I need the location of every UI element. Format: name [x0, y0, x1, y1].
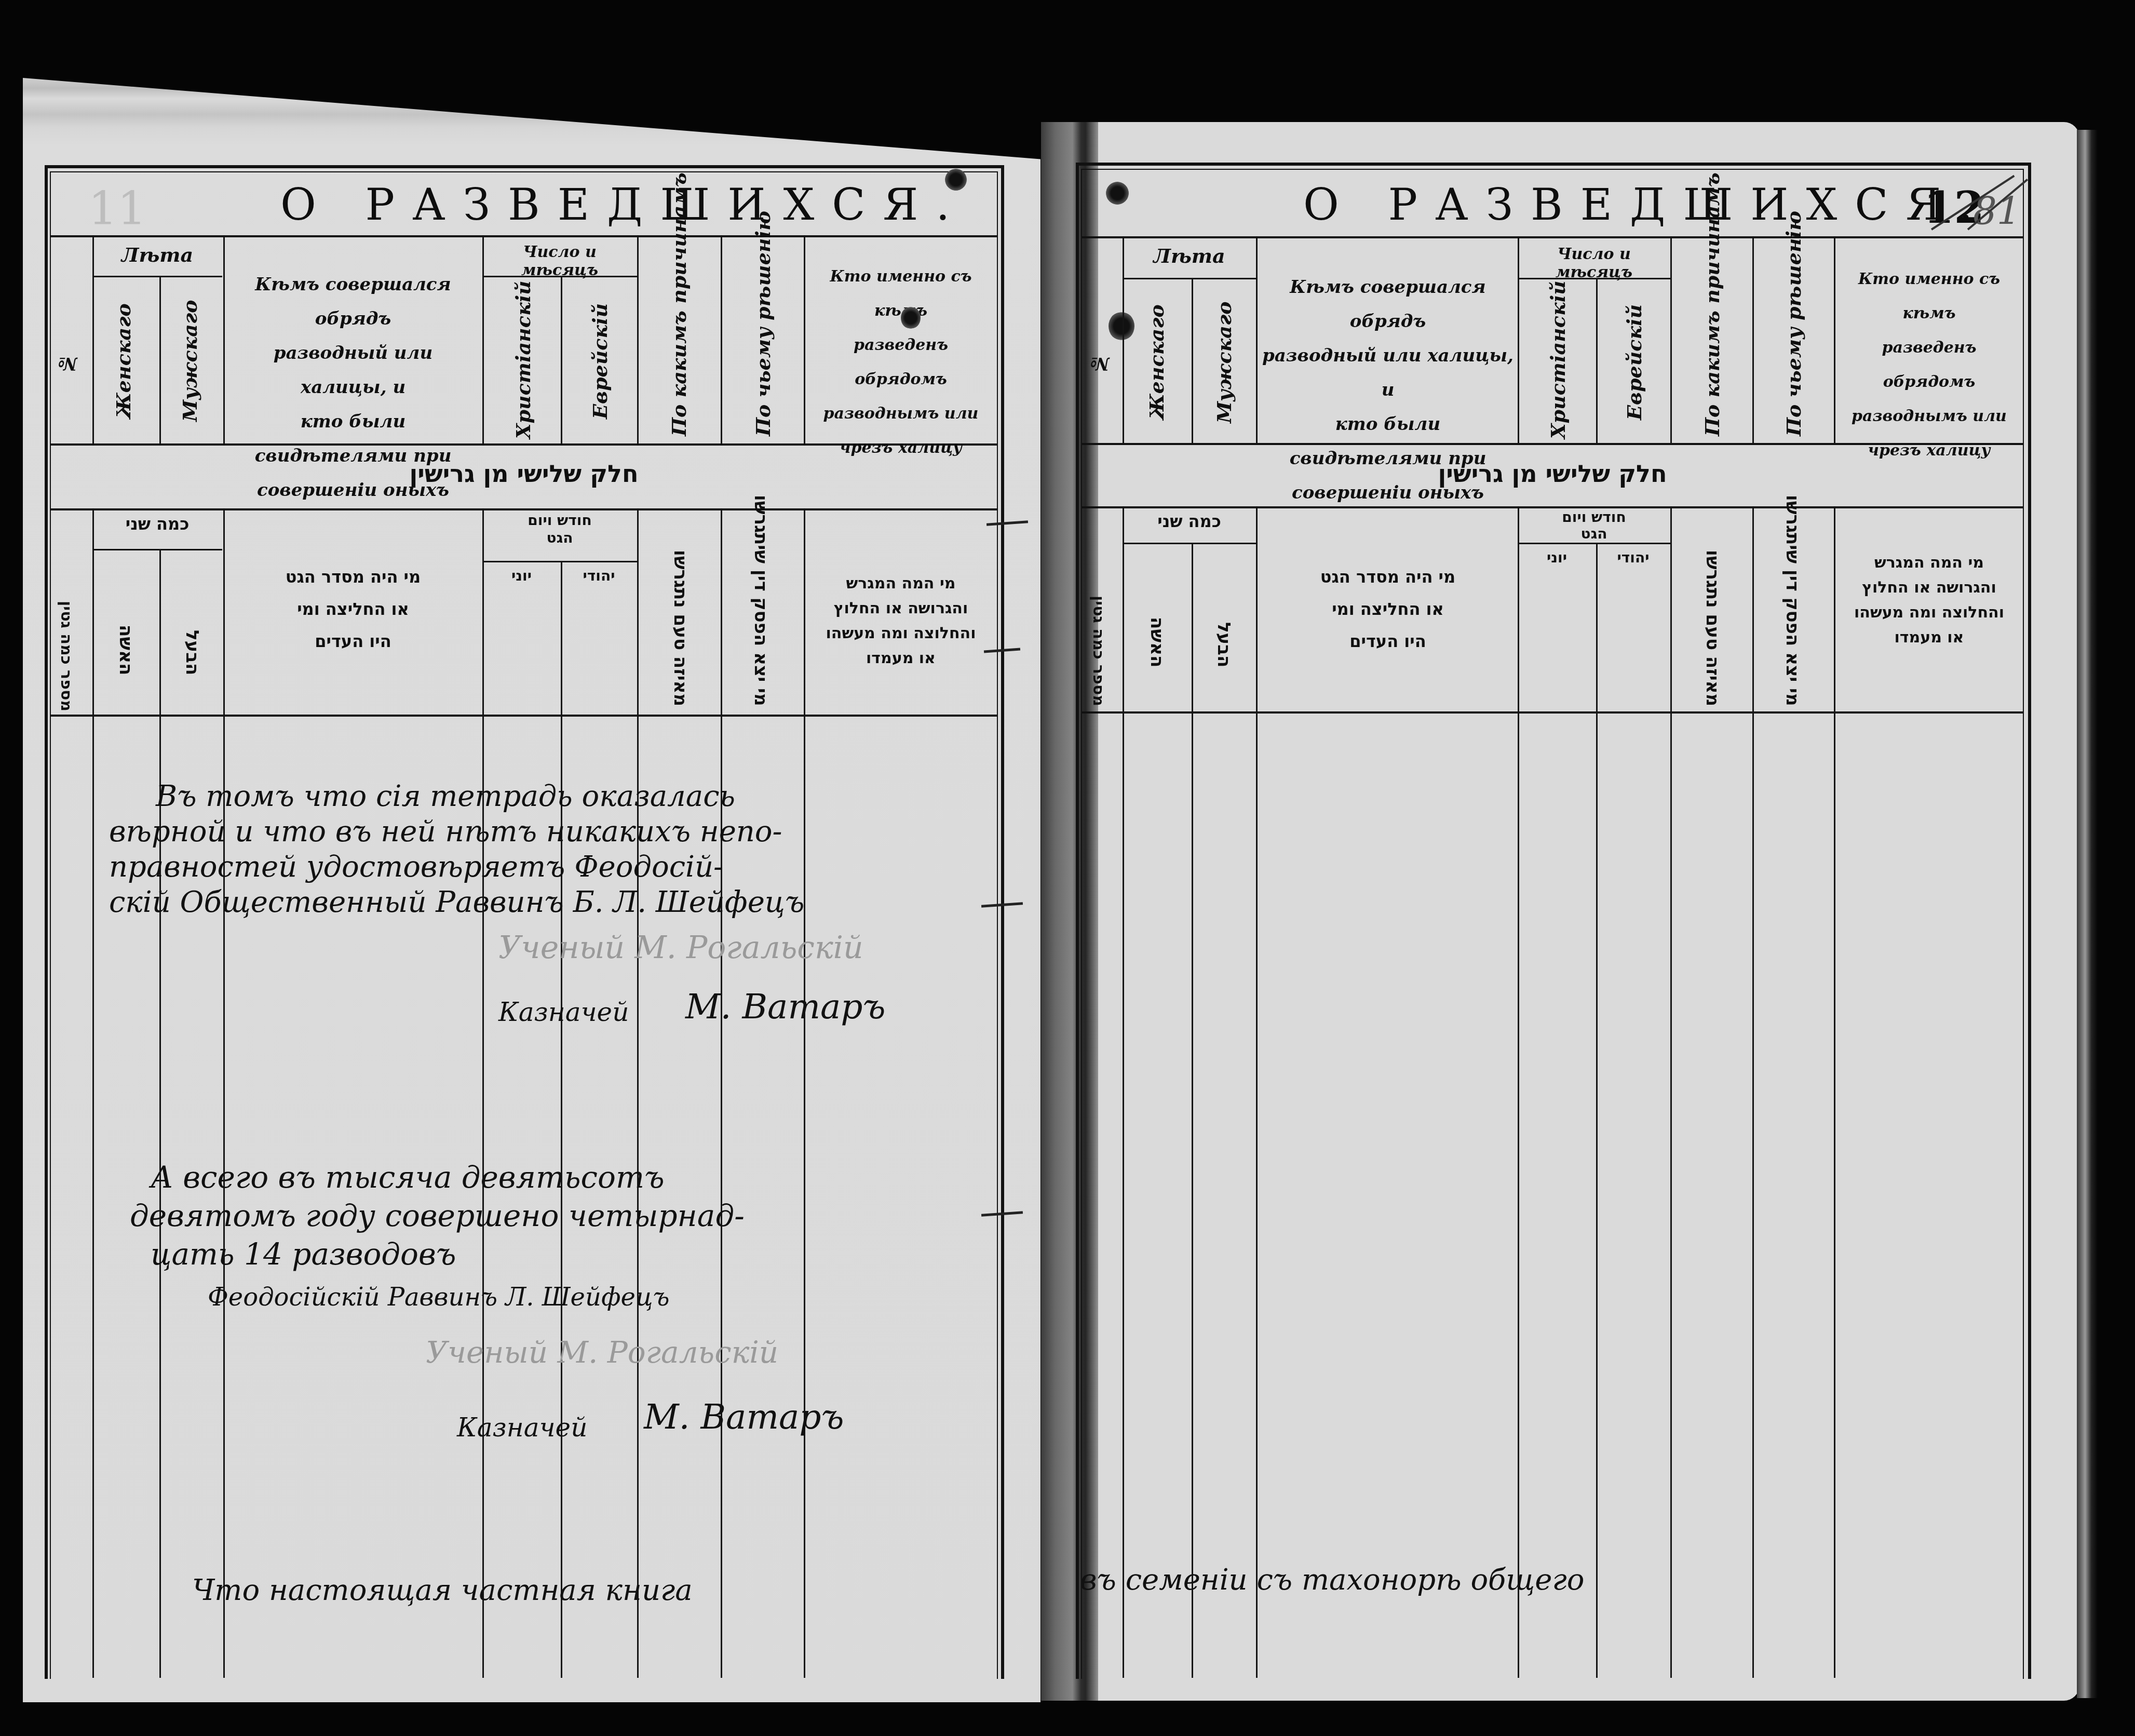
right-col-line	[1192, 278, 1193, 444]
right-heb-date-jewish: יהודי	[1596, 549, 1670, 566]
right-title-rule	[1081, 236, 2024, 238]
right-col-line	[1192, 543, 1193, 1678]
right-heb-age-male: הבעל	[1213, 563, 1234, 667]
right-col-line	[1752, 237, 1754, 444]
left-header-number: №	[57, 291, 78, 436]
left-signature-uchenyi: Ученый М. Рогальскій	[498, 930, 863, 966]
right-heb-officiant: מי היה מסדר הגט או החליצה ומי היו העדים	[1261, 561, 1515, 657]
left-heb-number: מספר כמה גטין	[57, 561, 75, 711]
left-heb-date-rule	[482, 561, 637, 562]
left-title-rule	[50, 235, 998, 237]
left-heb-date-christian: יוני	[482, 567, 561, 584]
right-col-line	[1123, 237, 1124, 444]
left-heb-decision: מי יצא הפסק דין שיתגרשו	[750, 535, 771, 706]
right-age-group-rule	[1123, 278, 1256, 279]
left-page-title: О РАЗВЕДШИХСЯ.	[280, 179, 967, 230]
left-header-who: Кто именно съ кѣмъ разведенъ обрядомъ ра…	[807, 260, 994, 465]
left-col-line	[804, 236, 805, 444]
right-heb-number: מספר כמה גטין	[1089, 550, 1107, 706]
left-heb-date-group: חודש ויום הגט	[482, 512, 637, 547]
binding-hole	[1106, 182, 1129, 205]
left-signature-kaznachei-label-2: Казначей	[457, 1412, 587, 1443]
right-col-line	[1834, 507, 1835, 1678]
right-col-line	[1596, 543, 1598, 1678]
left-heb-age-rule	[92, 549, 222, 550]
left-heb-age-male: הבעל	[182, 571, 202, 675]
binding-hole	[1109, 312, 1134, 341]
right-heb-band-rule	[1081, 506, 2024, 508]
right-heb-date-group: חודש ויום הגט	[1518, 509, 1670, 542]
book-edge	[2077, 130, 2098, 1698]
right-col-line	[1518, 507, 1519, 1678]
left-header-age-female: Женскаго	[112, 283, 135, 439]
right-col-line	[1596, 278, 1598, 444]
right-page-title: О РАЗВЕДШИХСЯ.	[1303, 179, 1990, 230]
right-header-number: №	[1089, 291, 1110, 436]
right-header-age-male: Мужскаго	[1212, 286, 1236, 439]
right-header-date-jewish: Еврейскій	[1623, 286, 1646, 439]
left-ghost-page-number: 11	[88, 182, 146, 235]
left-signature-kaznachei-2: М. Ватаръ	[644, 1397, 844, 1437]
right-footer-text: въ семеніи съ тахонорѣ общего	[1080, 1563, 1585, 1597]
right-header-who: Кто именно съ кѣмъ разведенъ обрядомъ ра…	[1837, 262, 2021, 468]
left-footer-text: Что настоящая частная книга	[192, 1573, 693, 1607]
left-col-line	[721, 509, 722, 1678]
left-signature-kaznachei-label: Казначей	[498, 997, 629, 1027]
right-header-date-group: Число и мѣсяцъ	[1518, 245, 1670, 281]
left-section-hebrew: חלק שלישי מן גרישין	[50, 460, 998, 488]
right-header-age-group: Лѣта	[1123, 244, 1256, 267]
right-col-line	[1752, 507, 1754, 1678]
right-header-reasons: По какимъ причинамъ	[1700, 244, 1724, 436]
right-header-date-christian: Христіанскій	[1546, 286, 1570, 439]
right-col-line	[1123, 507, 1124, 1678]
left-heb-band-rule	[50, 508, 998, 510]
right-col-line	[1834, 237, 1835, 444]
left-col-line	[561, 561, 562, 1678]
left-col-line	[159, 549, 161, 1678]
left-col-line	[92, 236, 94, 444]
left-header-date-christian: Христіанскій	[511, 283, 535, 439]
left-header-age-group: Лѣта	[92, 243, 222, 266]
left-col-line	[92, 509, 94, 1678]
right-heb-age-female: האשה	[1146, 563, 1167, 667]
left-col-line	[637, 236, 639, 444]
right-heb-date-rule	[1518, 543, 1670, 544]
binding-hole	[945, 169, 967, 191]
left-summary-text: А всего въ тысяча девятьсотъ девятомъ го…	[151, 1158, 745, 1273]
left-rabbi-signature: Феодосійскій Раввинъ Л. Шейфецъ	[208, 1283, 669, 1312]
left-heb-age-female: האשה	[115, 571, 136, 675]
left-col-line	[637, 509, 639, 1678]
left-heb-header-rule	[50, 715, 998, 717]
left-heb-reasons: מאיזה טעם נתגרשו	[670, 535, 691, 706]
left-age-group-rule	[92, 276, 222, 277]
right-heb-header-rule	[1081, 711, 2024, 714]
left-header-decision: По чьему рѣшенію	[751, 244, 775, 436]
right-col-line	[1256, 237, 1258, 444]
left-col-line	[721, 236, 722, 444]
left-certification-text: Въ томъ что сія тетрадь оказалась вѣрной…	[156, 779, 804, 920]
left-signature-uchenyi-2: Ученый М. Рогальскій	[426, 1335, 778, 1370]
left-header-date-group: Число и мѣсяцъ	[482, 243, 637, 279]
left-col-line	[482, 509, 484, 1678]
right-heb-who: מי המה המגרש והגרושה או החלוץ והחלוצה ומ…	[1837, 550, 2021, 650]
left-col-line	[561, 276, 562, 444]
right-col-line	[1670, 237, 1672, 444]
right-col-line	[1670, 507, 1672, 1678]
right-section-hebrew: חלק שלישי מן גרישין	[1081, 460, 2024, 488]
left-signature-kaznachei: М. Ватаръ	[685, 987, 886, 1027]
right-col-line	[1256, 507, 1258, 1678]
right-heb-reasons: מאיזה טעם נתגרשו	[1702, 535, 1723, 706]
right-heb-age-group: כמה שני	[1123, 512, 1256, 531]
left-col-line	[804, 509, 805, 1678]
right-heb-decision: מי יצא הפסק דין שיתגרשו	[1782, 535, 1803, 706]
right-heb-date-christian: יוני	[1518, 549, 1596, 566]
left-heb-officiant: מי היה מסדר הגט או החליצה ומי היו העדים	[228, 561, 478, 657]
left-heb-who: מי המה המגרש והגרושה או החלוץ והחלוצה ומ…	[807, 571, 994, 671]
left-col-line	[223, 509, 225, 1678]
right-heb-age-rule	[1123, 543, 1256, 544]
right-header-age-female: Женскаго	[1145, 286, 1168, 439]
right-header-decision: По чьему рѣшенію	[1782, 244, 1805, 436]
binding-hole	[901, 306, 921, 329]
left-col-line	[223, 236, 225, 444]
left-header-age-male: Мужскаго	[178, 283, 201, 439]
left-heb-date-jewish: יהודי	[561, 567, 637, 584]
left-col-line	[159, 276, 161, 444]
left-heb-age-group: כמה שני	[92, 514, 222, 534]
left-header-reasons: По какимъ причинамъ	[667, 244, 691, 436]
left-header-date-jewish: Еврейскій	[588, 283, 612, 439]
